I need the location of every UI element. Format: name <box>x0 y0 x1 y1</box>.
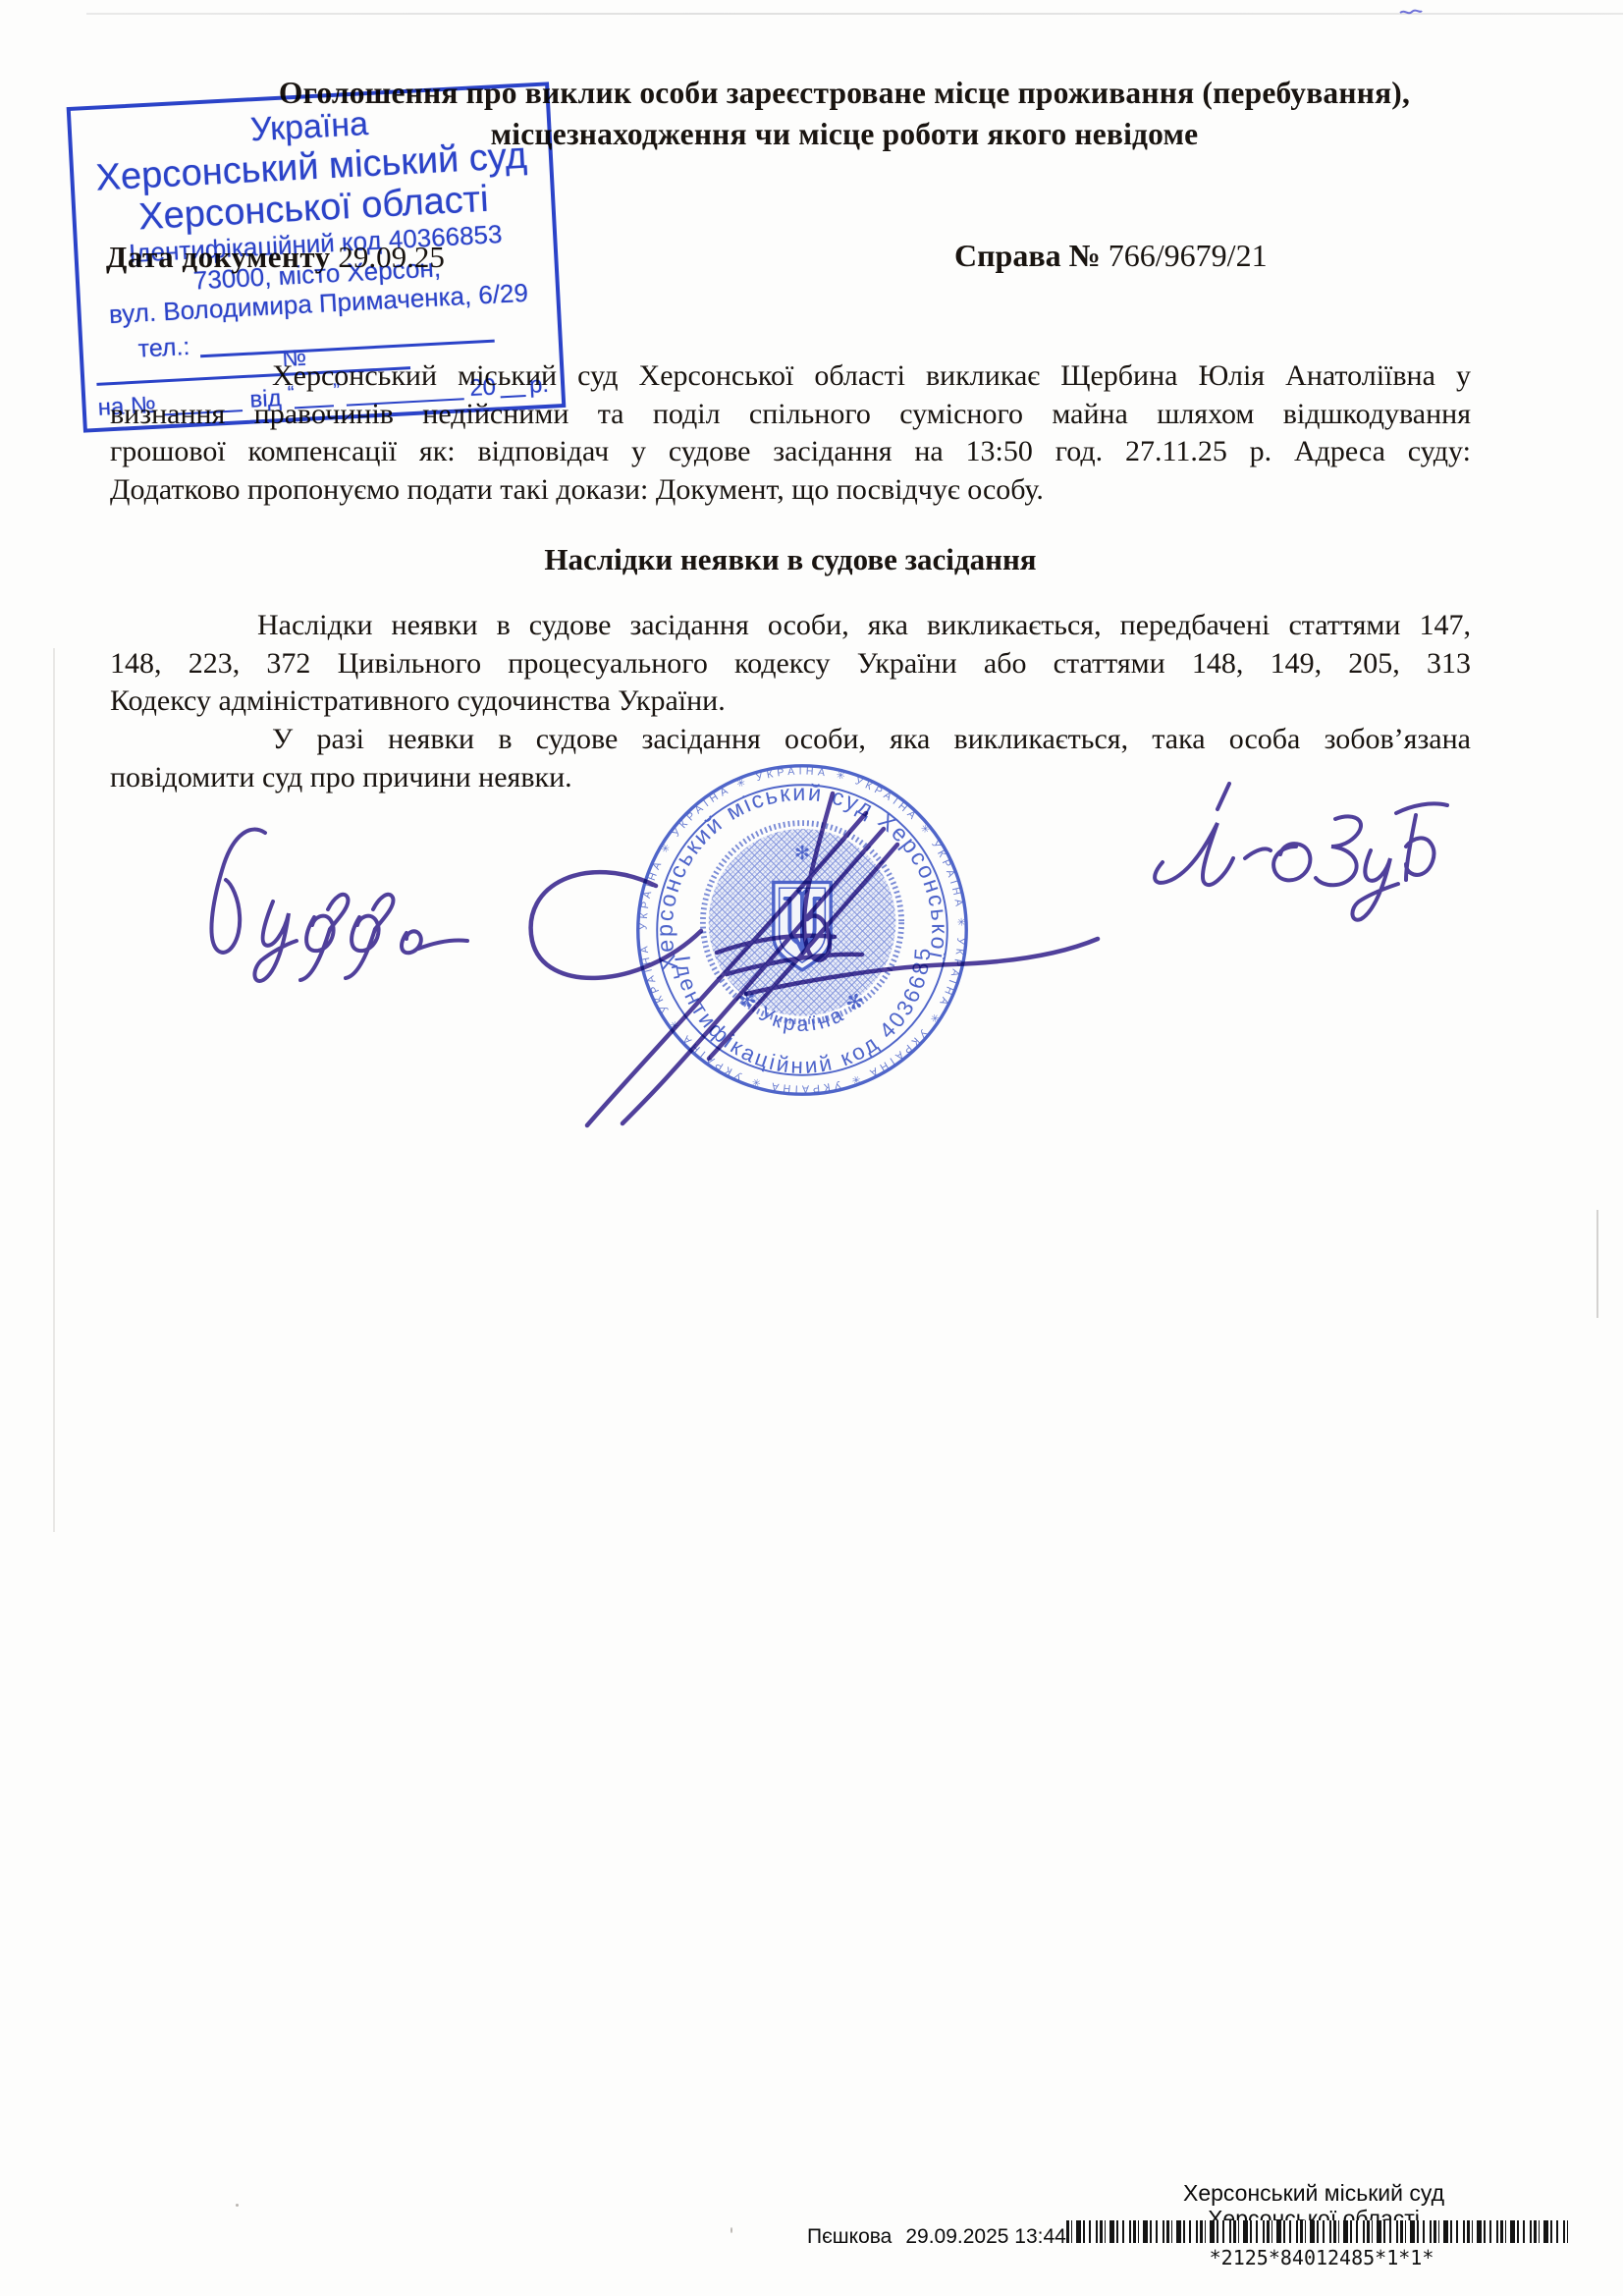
document-barcode <box>1066 2220 1568 2243</box>
footer-operator-name: Пєшкова <box>807 2225 892 2248</box>
stamp-blank <box>164 410 243 415</box>
scan-speck <box>730 2227 732 2233</box>
body-line: Додатково пропонуємо подати такі докази:… <box>110 473 1471 512</box>
paragraph-consequences: Наслідки неявки в судове засідання особи… <box>110 609 1471 723</box>
document-barcode-value: *2125*84012485*1*1* <box>1125 2246 1518 2269</box>
paper-crease-left <box>53 648 55 1532</box>
stamp-vid-label: від <box>249 385 282 413</box>
stamp-year-prefix: 20 <box>469 374 497 402</box>
case-number-value: 766/9679/21 <box>1109 238 1268 273</box>
ink-speck <box>1398 8 1424 18</box>
body-line: грошової компенсації як: відповідач у су… <box>110 435 1471 473</box>
body-line: 148, 223, 372 Цивільного процесуального … <box>110 647 1471 685</box>
handwritten-judge-signature-right <box>1139 756 1463 943</box>
scan-speck <box>236 2204 239 2207</box>
footer-court-name: Херсонський міський суд <box>1058 2180 1569 2207</box>
stamp-quote-close: ” <box>333 380 341 402</box>
stamp-number-label: № <box>282 345 307 372</box>
stamp-year-suffix: р. <box>528 371 549 399</box>
scanned-court-document: Оголошення про виклик особи зареєстрован… <box>0 0 1623 2296</box>
stamp-blank <box>500 395 525 398</box>
scan-edge-shadow <box>86 13 1623 15</box>
stamp-blank <box>295 405 334 409</box>
court-corner-stamp: Україна Херсонський міський суд Херсонсь… <box>67 82 567 432</box>
section-heading: Наслідки неявки в судове засідання <box>110 542 1471 577</box>
body-line: Кодексу адміністративного судочинства Ук… <box>110 684 1471 723</box>
stamp-blank <box>347 398 464 406</box>
handwritten-signature-over-seal <box>422 746 1129 1159</box>
paper-crease-right <box>1596 1210 1598 1318</box>
stamp-quote-open: “ <box>287 382 295 404</box>
body-line: Наслідки неявки в судове засідання особи… <box>110 609 1471 647</box>
stamp-phone-label: тел.: <box>137 333 190 363</box>
case-number: Справа № 766/9679/21 <box>954 238 1268 274</box>
footer-operator-line: Пєшкова29.09.2025 13:44:16 <box>807 2225 1095 2249</box>
stamp-na-no-label: на № <box>97 392 156 421</box>
stamp-phone-blank-line <box>200 340 495 358</box>
case-number-label: Справа № <box>954 238 1101 273</box>
